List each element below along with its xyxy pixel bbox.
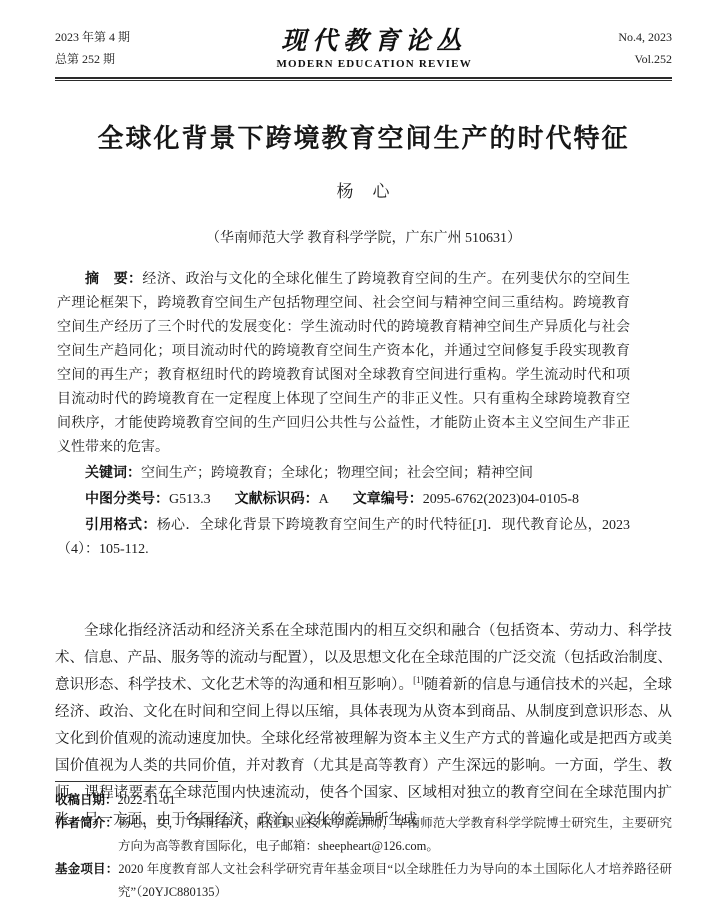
author-bio-label: 作者简介： bbox=[55, 816, 118, 830]
keywords-label: 关键词： bbox=[85, 464, 141, 480]
doc-code-value: A bbox=[319, 492, 329, 507]
journal-name-cn: 现代教育论丛 bbox=[276, 28, 471, 56]
abstract-paragraph: 摘 要：经济、政治与文化的全球化催生了跨境教育空间的生产。在列斐伏尔的空间生产理… bbox=[57, 266, 630, 460]
received-date-value: 2022-11-01 bbox=[118, 793, 176, 807]
abstract-text: 经济、政治与文化的全球化催生了跨境教育空间的生产。在列斐伏尔的空间生产理论框架下… bbox=[57, 272, 630, 455]
fund-project-label: 基金项目： bbox=[55, 862, 118, 876]
issue-year-number: 2023 年第 4 期 bbox=[55, 26, 130, 48]
issue-info-right: No.4, 2023 Vol.252 bbox=[618, 26, 672, 70]
classification-line: 中图分类号：G513.3文献标识码：A文章编号：2095-6762(2023)0… bbox=[57, 486, 630, 512]
issue-no-en: No.4, 2023 bbox=[618, 26, 672, 48]
footnote-divider bbox=[55, 781, 218, 782]
keywords-line: 关键词：空间生产；跨境教育；全球化；物理空间；社会空间；精神空间 bbox=[57, 460, 630, 486]
article-id-value: 2095-6762(2023)04-0105-8 bbox=[423, 492, 579, 507]
clc-label: 中图分类号： bbox=[85, 490, 169, 506]
abstract-block: 摘 要：经济、政治与文化的全球化催生了跨境教育空间的生产。在列斐伏尔的空间生产理… bbox=[57, 266, 630, 562]
author-name: 杨 心 bbox=[55, 177, 672, 202]
fund-project-text: 2020 年度教育部人文社会科学研究青年基金项目“以全球胜任力为导向的本土国际化… bbox=[118, 862, 672, 899]
issue-info-left: 2023 年第 4 期 总第 252 期 bbox=[55, 26, 130, 70]
article-title: 全球化背景下跨境教育空间生产的时代特征 bbox=[55, 123, 672, 153]
clc-value: G513.3 bbox=[169, 492, 211, 507]
footnotes-block: 收稿日期：2022-11-01 作者简介：杨心，女，广东阳春人，阳江职业技术学院… bbox=[55, 781, 672, 902]
issue-vol-en: Vol.252 bbox=[618, 48, 672, 70]
author-bio-line: 作者简介：杨心，女，广东阳春人，阳江职业技术学院讲师，华南师范大学教育科学学院博… bbox=[55, 812, 672, 858]
journal-header: 2023 年第 4 期 总第 252 期 现代教育论丛 MODERN EDUCA… bbox=[55, 0, 672, 72]
received-date-line: 收稿日期：2022-11-01 bbox=[55, 789, 672, 812]
journal-name-en: MODERN EDUCATION REVIEW bbox=[276, 57, 471, 72]
abstract-label: 摘 要： bbox=[85, 270, 142, 286]
issue-total-number: 总第 252 期 bbox=[55, 48, 130, 70]
paper-page: 2023 年第 4 期 总第 252 期 现代教育论丛 MODERN EDUCA… bbox=[0, 0, 727, 902]
doc-code-label: 文献标识码： bbox=[235, 490, 319, 506]
author-bio-text: 杨心，女，广东阳春人，阳江职业技术学院讲师，华南师范大学教育科学学院博士研究生，… bbox=[118, 816, 672, 853]
citation-line: 引用格式：杨心．全球化背景下跨境教育空间生产的时代特征[J]．现代教育论丛，20… bbox=[57, 512, 630, 562]
journal-title-block: 现代教育论丛 MODERN EDUCATION REVIEW bbox=[276, 28, 471, 72]
author-affiliation: （华南师范大学 教育科学学院，广东广州 510631） bbox=[55, 227, 672, 247]
header-divider bbox=[55, 77, 672, 81]
received-date-label: 收稿日期： bbox=[55, 793, 118, 807]
citation-label: 引用格式： bbox=[85, 516, 157, 532]
article-id-label: 文章编号： bbox=[353, 490, 423, 506]
reference-marker: [1] bbox=[413, 675, 424, 685]
keywords-text: 空间生产；跨境教育；全球化；物理空间；社会空间；精神空间 bbox=[141, 466, 533, 481]
fund-project-line: 基金项目：2020 年度教育部人文社会科学研究青年基金项目“以全球胜任力为导向的… bbox=[55, 858, 672, 902]
